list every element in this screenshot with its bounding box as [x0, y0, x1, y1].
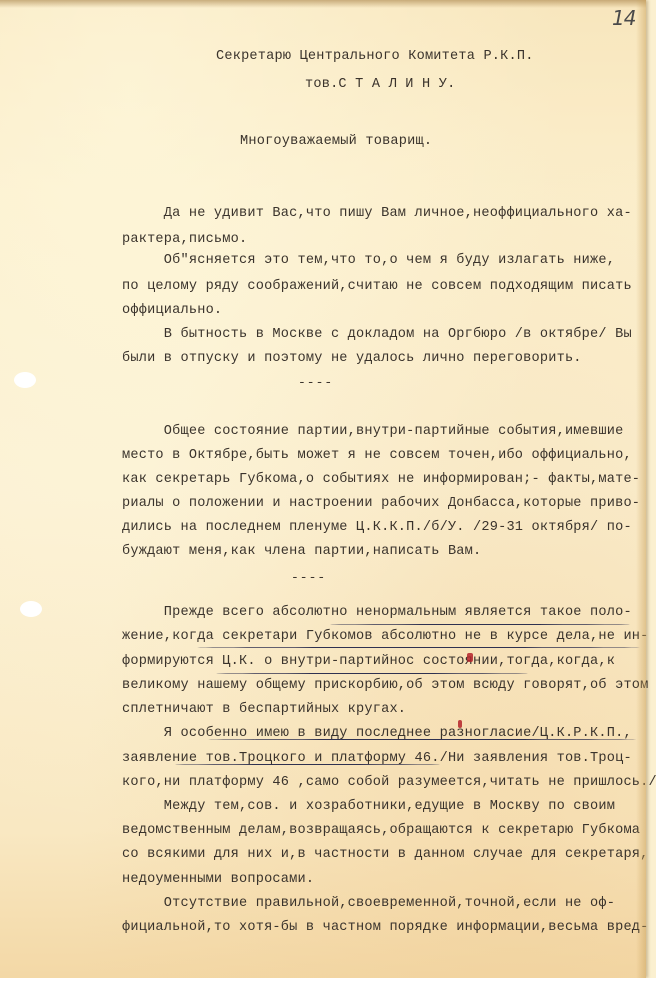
- letter-line: фициальной,то хотя-бы в частном порядке …: [122, 920, 649, 935]
- letter-line: ведомственным делам,возвращаясь,обращают…: [122, 823, 640, 838]
- addressee-line-2: тов.С Т А Л И Н У.: [305, 77, 455, 92]
- letter-line: Прежде всего абсолютно ненормальным явля…: [122, 605, 632, 620]
- pen-underline: [207, 739, 637, 740]
- letter-line: кого,ни платформу 46 ,само собой разумее…: [122, 775, 656, 790]
- pen-underline: [175, 764, 440, 765]
- letter-line: Отсутствие правильной,своевременной,точн…: [122, 896, 615, 911]
- letter-line: недоуменными вопросами.: [122, 872, 314, 887]
- scan-background: [0, 978, 656, 991]
- addressee-line-1: Секретарю Центрального Комитета Р.К.П.: [216, 49, 534, 64]
- letter-line: дились на последнем пленуме Ц.К.К.П./б/У…: [122, 520, 632, 535]
- letter-line: В бытность в Москве с докладом на Оргбюр…: [122, 327, 632, 342]
- letter-line: оффициально.: [122, 303, 222, 318]
- letter-line: Общее состояние партии,внутри-партийные …: [122, 424, 623, 439]
- letter-line: буждают меня,как члена партии,написать В…: [122, 544, 481, 559]
- letter-line: великому нашему общему прискорбию,об это…: [122, 678, 649, 693]
- letter-line: рактера,письмо.: [122, 232, 247, 247]
- pen-underline: [196, 647, 641, 648]
- letter-line: жение,когда секретари Губкомов абсолютно…: [122, 629, 649, 644]
- letter-line: Об"ясняется это тем,что то,о чем я буду …: [122, 253, 615, 268]
- letter-line: были в отпуску и поэтому не удалось личн…: [122, 351, 582, 366]
- letter-line: формируются Ц.К. о внутри-партийнос сост…: [122, 654, 615, 669]
- pen-underline: [330, 624, 630, 625]
- letter-line: Между тем,сов. и хозработники,едущие в М…: [122, 799, 615, 814]
- document-page: 14 Секретарю Центрального Комитета Р.К.П…: [0, 0, 646, 978]
- red-ink-correction: [467, 653, 473, 662]
- letter-line: Да не удивит Вас,что пишу Вам личное,нео…: [122, 206, 632, 221]
- separator-2: ----: [291, 570, 326, 585]
- pen-underline: [216, 673, 528, 674]
- letter-line: как секретарь Губкома,о событиях не инфо…: [122, 472, 640, 487]
- letter-line: по целому ряду соображений,считаю не сов…: [122, 279, 632, 294]
- letter-line: сплетничают в беспартийных кругах.: [122, 702, 406, 717]
- letter-line: со всякими для них и,в частности в данно…: [122, 847, 649, 862]
- separator-1: ----: [298, 375, 333, 390]
- letter-line: риалы о положении и настроении рабочих Д…: [122, 496, 640, 511]
- red-ink-correction: [458, 720, 462, 728]
- punch-hole-bottom: [20, 601, 42, 617]
- punch-hole-top: [14, 372, 36, 388]
- folio-number: 14: [612, 6, 635, 30]
- letter-line: место в Октябре,быть может я не совсем т…: [122, 448, 632, 463]
- salutation: Многоуважаемый товарищ.: [240, 134, 432, 149]
